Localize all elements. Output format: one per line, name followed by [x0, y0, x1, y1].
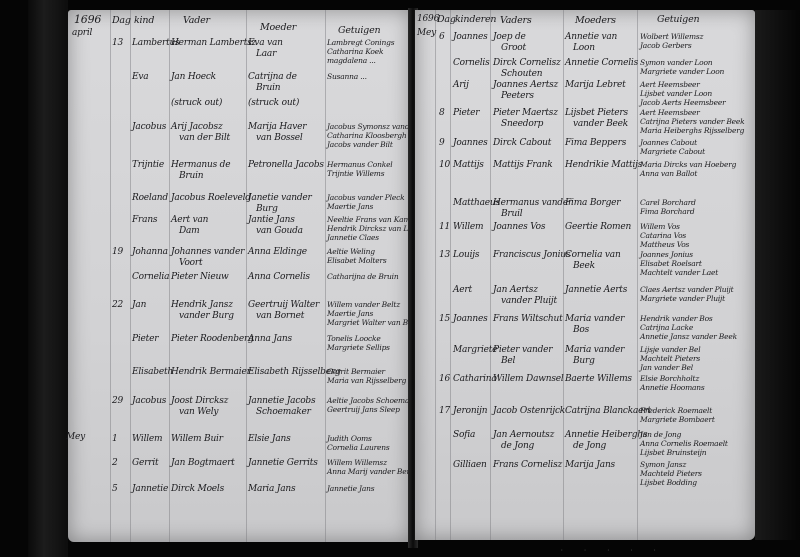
child-name: Willem	[132, 434, 162, 445]
mother-name: Jannetie Jacobs Schoemaker	[248, 396, 315, 418]
entry-day: 13	[439, 250, 450, 261]
father-name: Jacob Ostenrijck	[493, 406, 565, 417]
rule-day	[435, 10, 436, 540]
witnesses: Joannes Jonius Elisabet Roelsart Machtel…	[640, 250, 718, 277]
mother-name: Cornelia van Beek	[565, 250, 621, 272]
child-name: Joannes	[453, 138, 488, 149]
scanned-register: 1696 april Dag kind Vader Moeder Getuige…	[0, 0, 800, 557]
child-name: Joannes	[453, 32, 488, 43]
child-name: Aert	[453, 285, 472, 296]
father-name: Frans Cornelisz	[493, 460, 562, 471]
child-name: Mattijs	[453, 160, 484, 171]
entry-day: 15	[439, 314, 450, 325]
entry-day: 9	[439, 138, 445, 149]
child-name: Jacobus	[132, 122, 166, 133]
father-name: Pieter vander Bel	[493, 345, 552, 367]
rule-day	[110, 10, 111, 542]
rule-child	[450, 10, 451, 540]
header-mother: Moeder	[260, 22, 296, 33]
header-witnesses: Getuigen	[338, 25, 380, 36]
header-child: kind	[134, 15, 154, 26]
header-day: Dag	[437, 14, 456, 25]
mother-name: Annetie Cornelis	[565, 58, 638, 69]
father-name: Mattijs Frank	[493, 160, 553, 171]
month-label: Mey	[417, 28, 436, 39]
father-name: Dirck Cornelisz Schouten	[493, 58, 561, 80]
child-name: Cornelia	[132, 272, 169, 283]
father-name: Dirck Moels	[171, 484, 224, 495]
witnesses: Jan de Jong Anna Cornelis Roemaelt Lijsb…	[640, 430, 728, 457]
mother-name: Maria vander Burg	[565, 345, 624, 367]
mother-name: Annetie Heiberghs de Jong	[565, 430, 647, 452]
father-name: Joannes Vos	[493, 222, 545, 233]
witnesses: Elsie Borchholtz Annetie Hoomans	[640, 374, 705, 392]
entry-day: 11	[439, 222, 450, 233]
child-name: Eva	[132, 72, 148, 83]
father-name: Willem Buir	[171, 434, 223, 445]
mother-name: Petronella Jacobs	[248, 160, 324, 171]
child-name: Frans	[132, 215, 157, 226]
witnesses: Joannes Cabout Margriete Cabout	[640, 138, 705, 156]
witnesses: Susanna ...	[327, 72, 367, 81]
father-name: Aert van Dam	[171, 215, 208, 237]
father-name: Hendrik Jansz vander Burg	[171, 300, 234, 322]
rule-father	[490, 10, 491, 540]
book-edge-right	[755, 10, 800, 540]
child-name: Louijs	[453, 250, 479, 261]
witnesses: Aert Heemsbeer Lijsbet vander Loon Jacob…	[640, 80, 726, 107]
month-label: Mey	[66, 432, 85, 443]
father-name: Jan Bogtmaert	[171, 458, 235, 469]
rule-witnesses	[325, 10, 326, 542]
father-name: Hermanus de Bruin	[171, 160, 230, 182]
father-name: Joep de Groot	[493, 32, 526, 54]
child-name: Pieter	[453, 108, 479, 119]
father-name: Pieter Roodenberg	[171, 334, 254, 345]
child-name: Jeronijn	[453, 406, 487, 417]
mother-name: Anna Jans	[248, 334, 292, 345]
mother-name: Catrijna de Bruin	[248, 72, 297, 94]
child-name: Jacobus	[132, 396, 166, 407]
father-name: Hendrik Bermaier	[171, 367, 251, 378]
child-name: Cornelis	[453, 58, 490, 69]
father-name: Pieter Maertsz Sneedorp	[493, 108, 558, 130]
rule-mother	[563, 10, 564, 540]
year: 1696	[417, 14, 439, 25]
rule-witnesses	[637, 10, 638, 540]
entry-day: 22	[112, 300, 123, 311]
mother-name: Marija Jans	[565, 460, 615, 471]
child-name: Johanna	[132, 247, 168, 258]
right-page: 1696 Mey Dag kinderen Vaders Moeders Get…	[415, 10, 755, 540]
witnesses: Hendrik vander Bos Catrijna Lacke Anneti…	[640, 314, 737, 341]
entry-day: 10	[439, 160, 450, 171]
mother-name: Janetie vander Burg	[248, 193, 312, 215]
mother-name: Annetie van Loon	[565, 32, 617, 54]
child-name: Joannes	[453, 314, 488, 325]
mother-name: Jannetie Aerts	[565, 285, 627, 296]
child-name: Catharina	[453, 374, 497, 385]
father-name: Jan Aertsz vander Pluijt	[493, 285, 557, 307]
child-name: Willem	[453, 222, 483, 233]
header-father: Vader	[183, 15, 210, 26]
father-name: Willem Dawnsel	[493, 374, 564, 385]
mother-name: Geertruij Walter van Bornet	[248, 300, 319, 322]
mother-name: Anna Cornelis	[248, 272, 310, 283]
mother-name: Hendrikie Mattijs	[565, 160, 642, 171]
witnesses: Claes Aertsz vander Pluijt Margriete van…	[640, 285, 733, 303]
child-name: Roeland	[132, 193, 168, 204]
father-name: (struck out)	[171, 98, 222, 109]
child-name: Margriete	[453, 345, 497, 356]
left-page: 1696 april Dag kind Vader Moeder Getuige…	[68, 10, 410, 542]
mother-name: Marija Haver van Bossel	[248, 122, 306, 144]
child-name: Sofia	[453, 430, 475, 441]
father-name: Frans Wiltschut	[493, 314, 563, 325]
witnesses: Wolbert Willemsz Jacob Gerbers	[640, 32, 703, 50]
month-label: april	[72, 28, 92, 39]
witnesses: Catharijna de Bruin	[327, 272, 399, 281]
father-name: Herman Lambertsz	[171, 38, 256, 49]
rule-mother	[246, 10, 247, 542]
father-name: Franciscus Jonius	[493, 250, 570, 261]
entry-day: 29	[112, 396, 123, 407]
mother-name: Jannetie Gerrits	[248, 458, 318, 469]
father-name: Joost Dircksz van Wely	[171, 396, 228, 418]
entry-day: 17	[439, 406, 450, 417]
witnesses: Lijsje vander Bel Machtelt Pieters Jan v…	[640, 345, 700, 372]
scan-marks: · · · · ·	[560, 547, 665, 554]
header-day: Dag	[112, 15, 131, 26]
rule-child	[130, 10, 131, 542]
father-name: Jan Hoeck	[171, 72, 216, 83]
witnesses: Lambregt Conings Catharina Koek magdalen…	[327, 38, 394, 65]
witnesses: Gerrit Bermaier Maria van Rijsselberg	[327, 367, 406, 385]
father-name: Joannes Aertsz Peeters	[493, 80, 558, 102]
witnesses: Symon Jansz Machteld Pieters Lijsbet Bod…	[640, 460, 702, 487]
entry-day: 2	[112, 458, 118, 469]
mother-name: Anna Eldinge	[248, 247, 307, 258]
entry-day: 1	[112, 434, 118, 445]
father-name: Johannes vander Voort	[171, 247, 244, 269]
father-name: Pieter Nieuw	[171, 272, 229, 283]
book-binding-left	[28, 0, 68, 557]
father-name: Jan Aernoutsz de Jong	[493, 430, 554, 452]
mother-name: Lijsbet Pieters vander Beek	[565, 108, 628, 130]
witnesses: Aert Heemsbeer Catrijna Pieters vander B…	[640, 108, 744, 135]
entry-day: 13	[112, 38, 123, 49]
child-name: Jan	[132, 300, 146, 311]
child-name: Gerrit	[132, 458, 158, 469]
witnesses: Aeltie Weling Elisabet Molters	[327, 247, 387, 265]
father-name: Arij Jacobsz van der Bilt	[171, 122, 230, 144]
mother-name: (struck out)	[248, 98, 299, 109]
witnesses: Hermanus Conkel Trijntie Willems	[327, 160, 393, 178]
header-witnesses: Getuigen	[657, 14, 699, 25]
witnesses: Tonelis Loocke Margriete Sellips	[327, 334, 390, 352]
entry-day: 16	[439, 374, 450, 385]
entry-day: 5	[112, 484, 118, 495]
header-father: Vaders	[500, 15, 532, 26]
father-name: Dirck Cabout	[493, 138, 551, 149]
header-mother: Moeders	[575, 15, 616, 26]
witnesses: Judith Ooms Cornelia Laurens	[327, 434, 390, 452]
child-name: Jannetie	[132, 484, 168, 495]
witnesses: Willem Vos Catarina Vos Mattheus Vos	[640, 222, 689, 249]
entry-day: 8	[439, 108, 445, 119]
mother-name: Maria Jans	[248, 484, 295, 495]
father-name: Hermanus vander Bruil	[493, 198, 572, 220]
entry-day: 6	[439, 32, 445, 43]
year: 1696	[74, 14, 101, 25]
mother-name: Fima Beppers	[565, 138, 626, 149]
child-name: Pieter	[132, 334, 158, 345]
entry-day: 19	[112, 247, 123, 258]
father-name: Jacobus Roeleveld	[171, 193, 251, 204]
child-name: Trijntie	[132, 160, 164, 171]
child-name: Arij	[453, 80, 469, 91]
header-child: kinderen	[455, 14, 496, 25]
mother-name: Maria vander Bos	[565, 314, 624, 336]
witnesses: Maria Dircks van Hoeberg Anna van Ballot	[640, 160, 736, 178]
witnesses: Carel Borchard Fima Borchard	[640, 198, 696, 216]
witnesses: Frederick Roemaelt Margriete Bombaert	[640, 406, 715, 424]
witnesses: Symon vander Loon Margriete vander Loon	[640, 58, 724, 76]
mother-name: Marija Lebret	[565, 80, 626, 91]
mother-name: Elsie Jans	[248, 434, 291, 445]
mother-name: Fima Borger	[565, 198, 620, 209]
mother-name: Eva van Laar	[248, 38, 283, 60]
mother-name: Baerte Willems	[565, 374, 632, 385]
mother-name: Catrijna Blanckaert	[565, 406, 651, 417]
mother-name: Geertie Romen	[565, 222, 631, 233]
child-name: Elisabeth	[132, 367, 173, 378]
witnesses: Jannetie Jans	[327, 484, 374, 493]
witnesses: Jacobus vander Pleck Maertie Jans	[327, 193, 404, 211]
child-name: Gilliaen	[453, 460, 487, 471]
witnesses: Willem Willemsz Anna Marij vander Berg	[327, 458, 414, 476]
mother-name: Jantie Jans van Gouda	[248, 215, 303, 237]
